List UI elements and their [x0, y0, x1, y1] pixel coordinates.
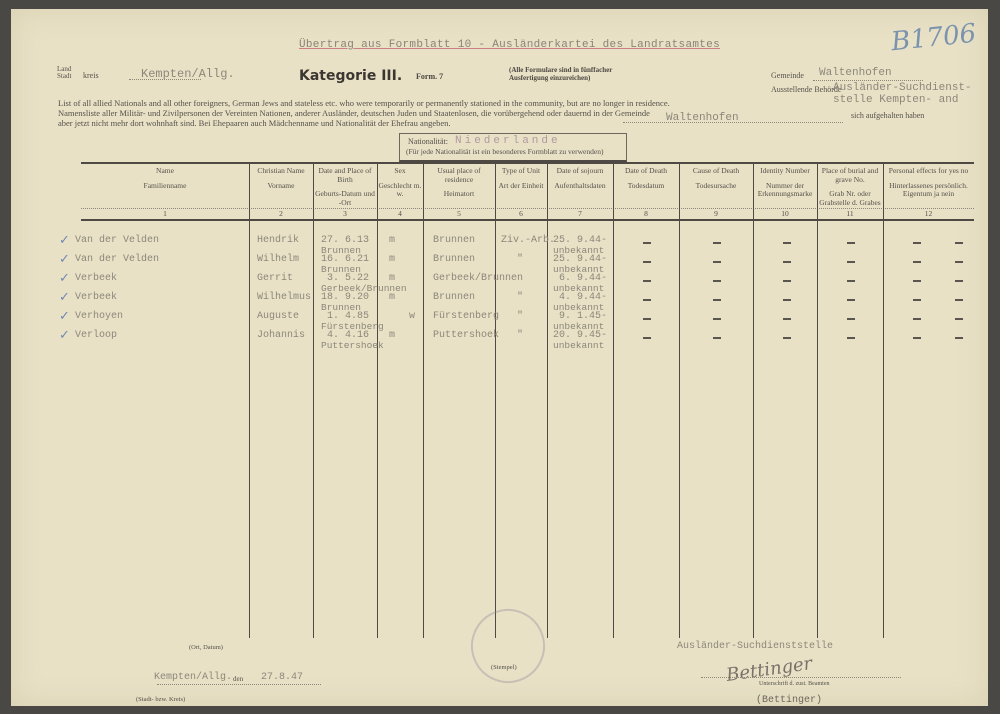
col-header-christian-name: Christian NameVorname — [249, 167, 313, 190]
col-number: 4 — [377, 209, 423, 218]
table-row: ✓ Van der Velden Hendrik 27. 6.13 Brunne… — [81, 235, 974, 253]
authority-suffix: sich aufgehalten haben — [851, 111, 924, 120]
register-table: NameFamilienname Christian NameVorname D… — [81, 162, 974, 638]
col-header-unit: Type of UnitArt der Einheit — [495, 167, 547, 190]
first-name: Johannis — [257, 330, 305, 341]
unit-type: " — [517, 330, 523, 341]
column-divider — [613, 162, 614, 638]
signature-label: Unterschrift d. zust. Beamten — [759, 681, 829, 687]
col-number: 1 — [81, 209, 249, 218]
surname: Van der Velden — [75, 254, 159, 265]
authority-label: Ausstellende Behörde — [771, 85, 841, 94]
column-divider — [423, 162, 424, 638]
empty-dash — [955, 261, 963, 263]
column-divider — [377, 162, 378, 638]
sex: w — [409, 311, 415, 322]
residence: Gerbeek/Brunnen — [433, 273, 523, 284]
col-header-name: NameFamilienname — [81, 167, 249, 190]
column-divider — [495, 162, 496, 638]
col-header-identity: Identity NumberNummer der Erkennungsmark… — [753, 167, 817, 199]
signature-line — [701, 677, 901, 678]
empty-dash — [713, 299, 721, 301]
surname: Verbeek — [75, 292, 117, 303]
number-row-rule — [81, 219, 974, 221]
unit-type: " — [517, 292, 523, 303]
residence: Brunnen — [433, 292, 475, 303]
column-divider — [883, 162, 884, 638]
residence: Brunnen — [433, 254, 475, 265]
empty-dash — [643, 318, 651, 320]
description: List of all allied Nationals and all oth… — [58, 98, 718, 128]
nationality-box: Nationalität: Niederlande (Für jede Nati… — [399, 133, 627, 162]
archive-number: B1706 — [890, 19, 978, 58]
col-number: 2 — [249, 209, 313, 218]
unit-type: Ziv.-Arb. — [501, 235, 555, 246]
empty-dash — [913, 299, 921, 301]
residence: Puttershoek — [433, 330, 499, 341]
residence: Fürstenberg — [433, 311, 499, 322]
table-row: ✓ Van der Velden Wilhelm 16. 6.21 Brunne… — [81, 254, 974, 272]
table-row: ✓ Verbeek Wilhelmus 18. 9.20 Brunnen m B… — [81, 292, 974, 310]
first-name: Wilhelmus — [257, 292, 311, 303]
surname: Verloop — [75, 330, 117, 341]
category-title: Kategorie III. — [299, 68, 402, 84]
checkmark-icon: ✓ — [59, 328, 70, 343]
kreis-label: kreis — [83, 71, 99, 80]
sojourn-end: unbekannt — [553, 340, 604, 351]
authority-value: Ausländer-Suchdienst- stelle Kempten- an… — [833, 82, 972, 106]
first-name: Hendrik — [257, 235, 299, 246]
empty-dash — [913, 337, 921, 339]
empty-dash — [913, 280, 921, 282]
birth-place: Puttershoek — [321, 340, 384, 351]
col-number: 6 — [495, 209, 547, 218]
empty-dash — [643, 280, 651, 282]
empty-dash — [783, 280, 791, 282]
sex: m — [389, 273, 395, 284]
col-number: 7 — [547, 209, 613, 218]
empty-dash — [783, 261, 791, 263]
empty-dash — [643, 299, 651, 301]
gemeinde-dotted-line — [813, 80, 923, 81]
col-number: 12 — [883, 209, 974, 218]
footer-place: Kempten/Allg. — [154, 672, 232, 683]
checkmark-icon: ✓ — [59, 290, 70, 305]
empty-dash — [783, 337, 791, 339]
empty-dash — [783, 318, 791, 320]
table-row: ✓ Verbeek Gerrit 3. 5.22 Gerbeek/Brunnen… — [81, 273, 974, 291]
empty-dash — [643, 337, 651, 339]
empty-dash — [847, 280, 855, 282]
first-name: Auguste — [257, 311, 299, 322]
column-divider — [817, 162, 818, 638]
surname: Verbeek — [75, 273, 117, 284]
sex: m — [389, 330, 395, 341]
empty-dash — [713, 242, 721, 244]
unit-type: " — [517, 254, 523, 265]
col-number: 8 — [613, 209, 679, 218]
empty-dash — [955, 280, 963, 282]
residence: Brunnen — [433, 235, 475, 246]
col-header-burial: Place of burial and grave No.Grab Nr. od… — [817, 167, 883, 207]
footer-dotted-line — [157, 684, 321, 685]
empty-dash — [847, 242, 855, 244]
first-name: Gerrit — [257, 273, 293, 284]
nationality-value: Niederlande — [455, 135, 561, 147]
nationality-label: Nationalität: — [408, 137, 448, 146]
sex: m — [389, 292, 395, 303]
footer-date: 27.8.47 — [261, 672, 303, 683]
document-title: Übertrag aus Formblatt 10 - Ausländerkar… — [299, 39, 720, 51]
checkmark-icon: ✓ — [59, 309, 70, 324]
empty-dash — [847, 299, 855, 301]
document-page: Übertrag aus Formblatt 10 - Ausländerkar… — [11, 9, 988, 706]
ort-datum-label: (Ort, Datum) — [189, 644, 223, 651]
table-row: ✓ Verloop Johannis 4. 4.16 Puttershoek m… — [81, 330, 974, 348]
col-header-birth: Date and Place of BirthGeburts-Datum und… — [313, 167, 377, 207]
col-number: 5 — [423, 209, 495, 218]
table-row: ✓ Verhoyen Auguste 1. 4.85 Fürstenberg w… — [81, 311, 974, 329]
col-number: 11 — [817, 209, 883, 218]
empty-dash — [955, 299, 963, 301]
column-divider — [679, 162, 680, 638]
surname: Van der Velden — [75, 235, 159, 246]
empty-dash — [643, 242, 651, 244]
col-number: 10 — [753, 209, 817, 218]
col-header-sojourn: Date of sojournAufenthaltsdaten — [547, 167, 613, 190]
empty-dash — [713, 318, 721, 320]
unit-type: " — [517, 311, 523, 322]
kreis-dotted-line — [129, 79, 201, 80]
copies-note: (Alle Formulare sind in fünffacher Ausfe… — [509, 66, 612, 82]
land-stadt-label: Land Stadt — [57, 66, 71, 80]
empty-dash — [847, 318, 855, 320]
gemeinde-value: Waltenhofen — [819, 67, 892, 79]
column-divider — [249, 162, 250, 638]
stamp-label: (Stempel) — [491, 664, 517, 671]
nationality-note: (Für jede Nationalität ist ein besondere… — [406, 147, 603, 156]
column-divider — [753, 162, 754, 638]
col-number: 3 — [313, 209, 377, 218]
sex: m — [389, 235, 395, 246]
empty-dash — [847, 337, 855, 339]
footer-place-suffix: den — [233, 675, 243, 683]
office-name: Ausländer-Suchdienststelle — [677, 641, 833, 652]
col-number: 9 — [679, 209, 753, 218]
empty-dash — [643, 261, 651, 263]
empty-dash — [783, 242, 791, 244]
col-header-effects: Personal effects for yes noHinterlassene… — [883, 167, 974, 199]
empty-dash — [713, 337, 721, 339]
empty-dash — [847, 261, 855, 263]
empty-dash — [913, 261, 921, 263]
col-header-residence: Usual place of residenceHeimatort — [423, 167, 495, 199]
empty-dash — [955, 242, 963, 244]
checkmark-icon: ✓ — [59, 271, 70, 286]
empty-dash — [713, 280, 721, 282]
footer-kreis-label: (Stadt- bzw. Kreis) — [136, 696, 185, 703]
checkmark-icon: ✓ — [59, 233, 70, 248]
col-header-death-date: Date of DeathTodesdatum — [613, 167, 679, 190]
col-header-death-cause: Cause of DeathTodesursache — [679, 167, 753, 190]
empty-dash — [955, 318, 963, 320]
empty-dash — [955, 337, 963, 339]
gemeinde-inline-dots — [623, 122, 843, 123]
table-top-rule — [81, 162, 974, 164]
sex: m — [389, 254, 395, 265]
column-divider — [547, 162, 548, 638]
form-number: Form. 7 — [416, 72, 443, 81]
signer-name: (Bettinger) — [756, 695, 822, 706]
first-name: Wilhelm — [257, 254, 299, 265]
empty-dash — [783, 299, 791, 301]
empty-dash — [913, 242, 921, 244]
gemeinde-label: Gemeinde — [771, 71, 804, 80]
checkmark-icon: ✓ — [59, 252, 70, 267]
empty-dash — [913, 318, 921, 320]
surname: Verhoyen — [75, 311, 123, 322]
column-divider — [313, 162, 314, 638]
empty-dash — [713, 261, 721, 263]
col-header-sex: SexGeschlecht m. w. — [377, 167, 423, 199]
